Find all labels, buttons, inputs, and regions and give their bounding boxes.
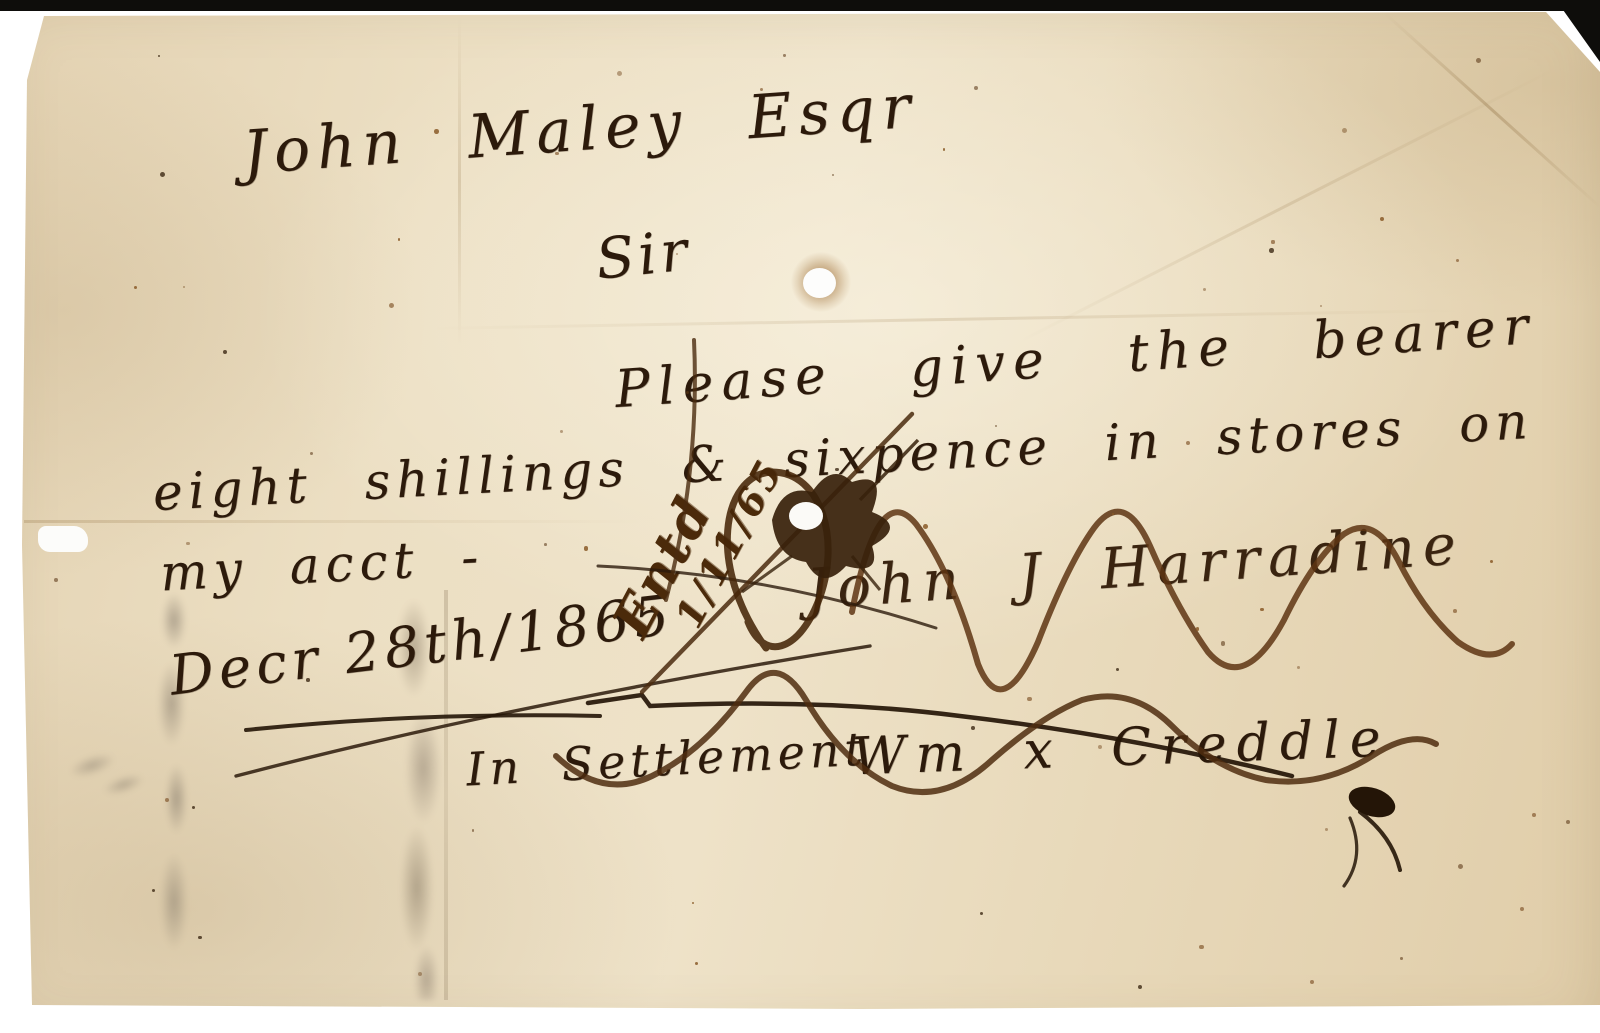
punch-hole-top xyxy=(803,268,836,298)
salutation-line: Sir xyxy=(593,223,693,289)
paper-edge-chip xyxy=(38,526,88,552)
scanned-document: John Maley Esqr Sir Please give the bear… xyxy=(0,0,1600,1033)
scanner-background-strip xyxy=(0,0,1600,11)
